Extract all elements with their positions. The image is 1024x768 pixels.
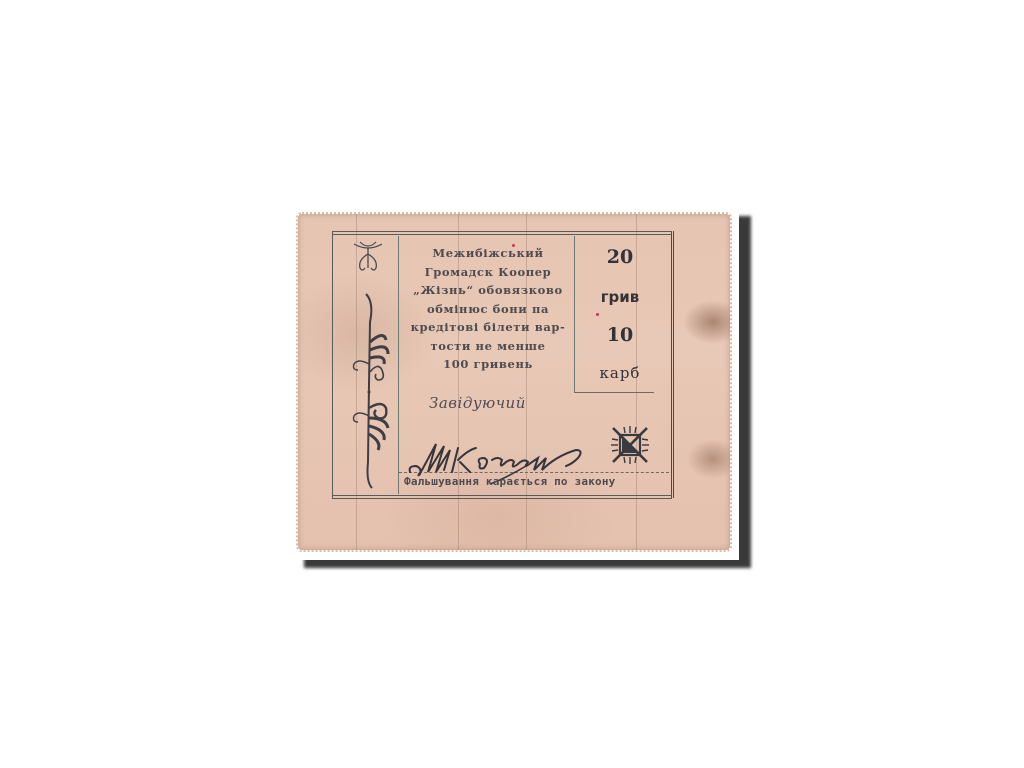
photo-stage: Межибіжський Громадск Коопер „Жізнь“ обо…: [0, 0, 1024, 768]
issuer-text-block: Межибіжський Громадск Коопер „Жізнь“ обо…: [398, 244, 578, 374]
signatory-title: Завідуючий: [429, 394, 526, 412]
frame-top-rule: [332, 231, 672, 232]
secondary-unit: карб: [574, 364, 666, 382]
issuer-line: Громадск Коопер: [398, 263, 578, 282]
primary-unit: грив: [574, 288, 666, 306]
frame-top-rule: [332, 234, 672, 235]
red-ink-spot: [512, 244, 515, 247]
issuer-line: кредітові білети вар-: [398, 318, 578, 337]
red-ink-spot: [596, 313, 599, 316]
issuer-line: обмінюс бони па: [398, 300, 578, 319]
banknote: Межибіжський Громадск Коопер „Жізнь“ обо…: [298, 214, 730, 550]
fleuron-ornament-icon: [348, 238, 388, 274]
scroll-ornament-icon: [344, 292, 394, 492]
issuer-line: Межибіжський: [398, 244, 578, 263]
frame-bottom-rule: [332, 495, 672, 496]
primary-value: 20: [574, 246, 666, 268]
secondary-value: 10: [574, 324, 666, 346]
counterfeit-warning: Фальшування карається по закону: [404, 475, 616, 488]
frame-bottom-rule: [332, 498, 672, 499]
issuer-line: тости не менше: [398, 337, 578, 356]
issuer-line: „Жізнь“ обовязково: [398, 281, 578, 300]
stamp-seal-icon: [610, 425, 650, 465]
denomination-box-bottom: [574, 392, 654, 393]
issuer-line: 100 гривень: [398, 355, 578, 374]
